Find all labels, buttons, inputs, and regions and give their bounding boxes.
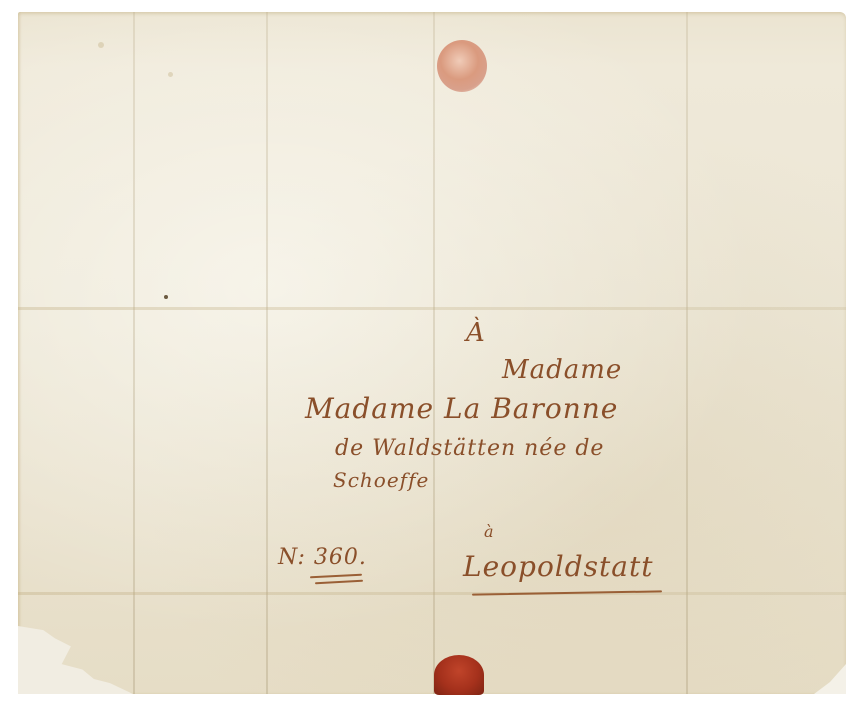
address-line-schoeffe: Schoeffe <box>333 468 429 492</box>
stain <box>168 72 173 77</box>
letter-sheet <box>18 12 846 694</box>
fold-line <box>18 307 846 310</box>
torn-corner <box>806 664 846 694</box>
address-line-baronne: Madame La Baronne <box>305 392 618 425</box>
address-line-madame: Madame <box>502 355 622 385</box>
stain <box>164 295 168 299</box>
wax-seal-top <box>437 40 487 92</box>
address-line-a: À <box>466 318 486 348</box>
address-line-waldstatten: de Waldstätten née de <box>335 436 604 461</box>
fold-line <box>18 592 846 595</box>
address-line-a-lower: à <box>484 522 495 541</box>
wax-seal-bottom <box>434 655 484 695</box>
address-line-city: Leopoldstatt <box>463 550 654 583</box>
stain <box>98 42 104 48</box>
torn-corner <box>18 626 133 694</box>
letter-number: N: 360. <box>278 545 367 570</box>
